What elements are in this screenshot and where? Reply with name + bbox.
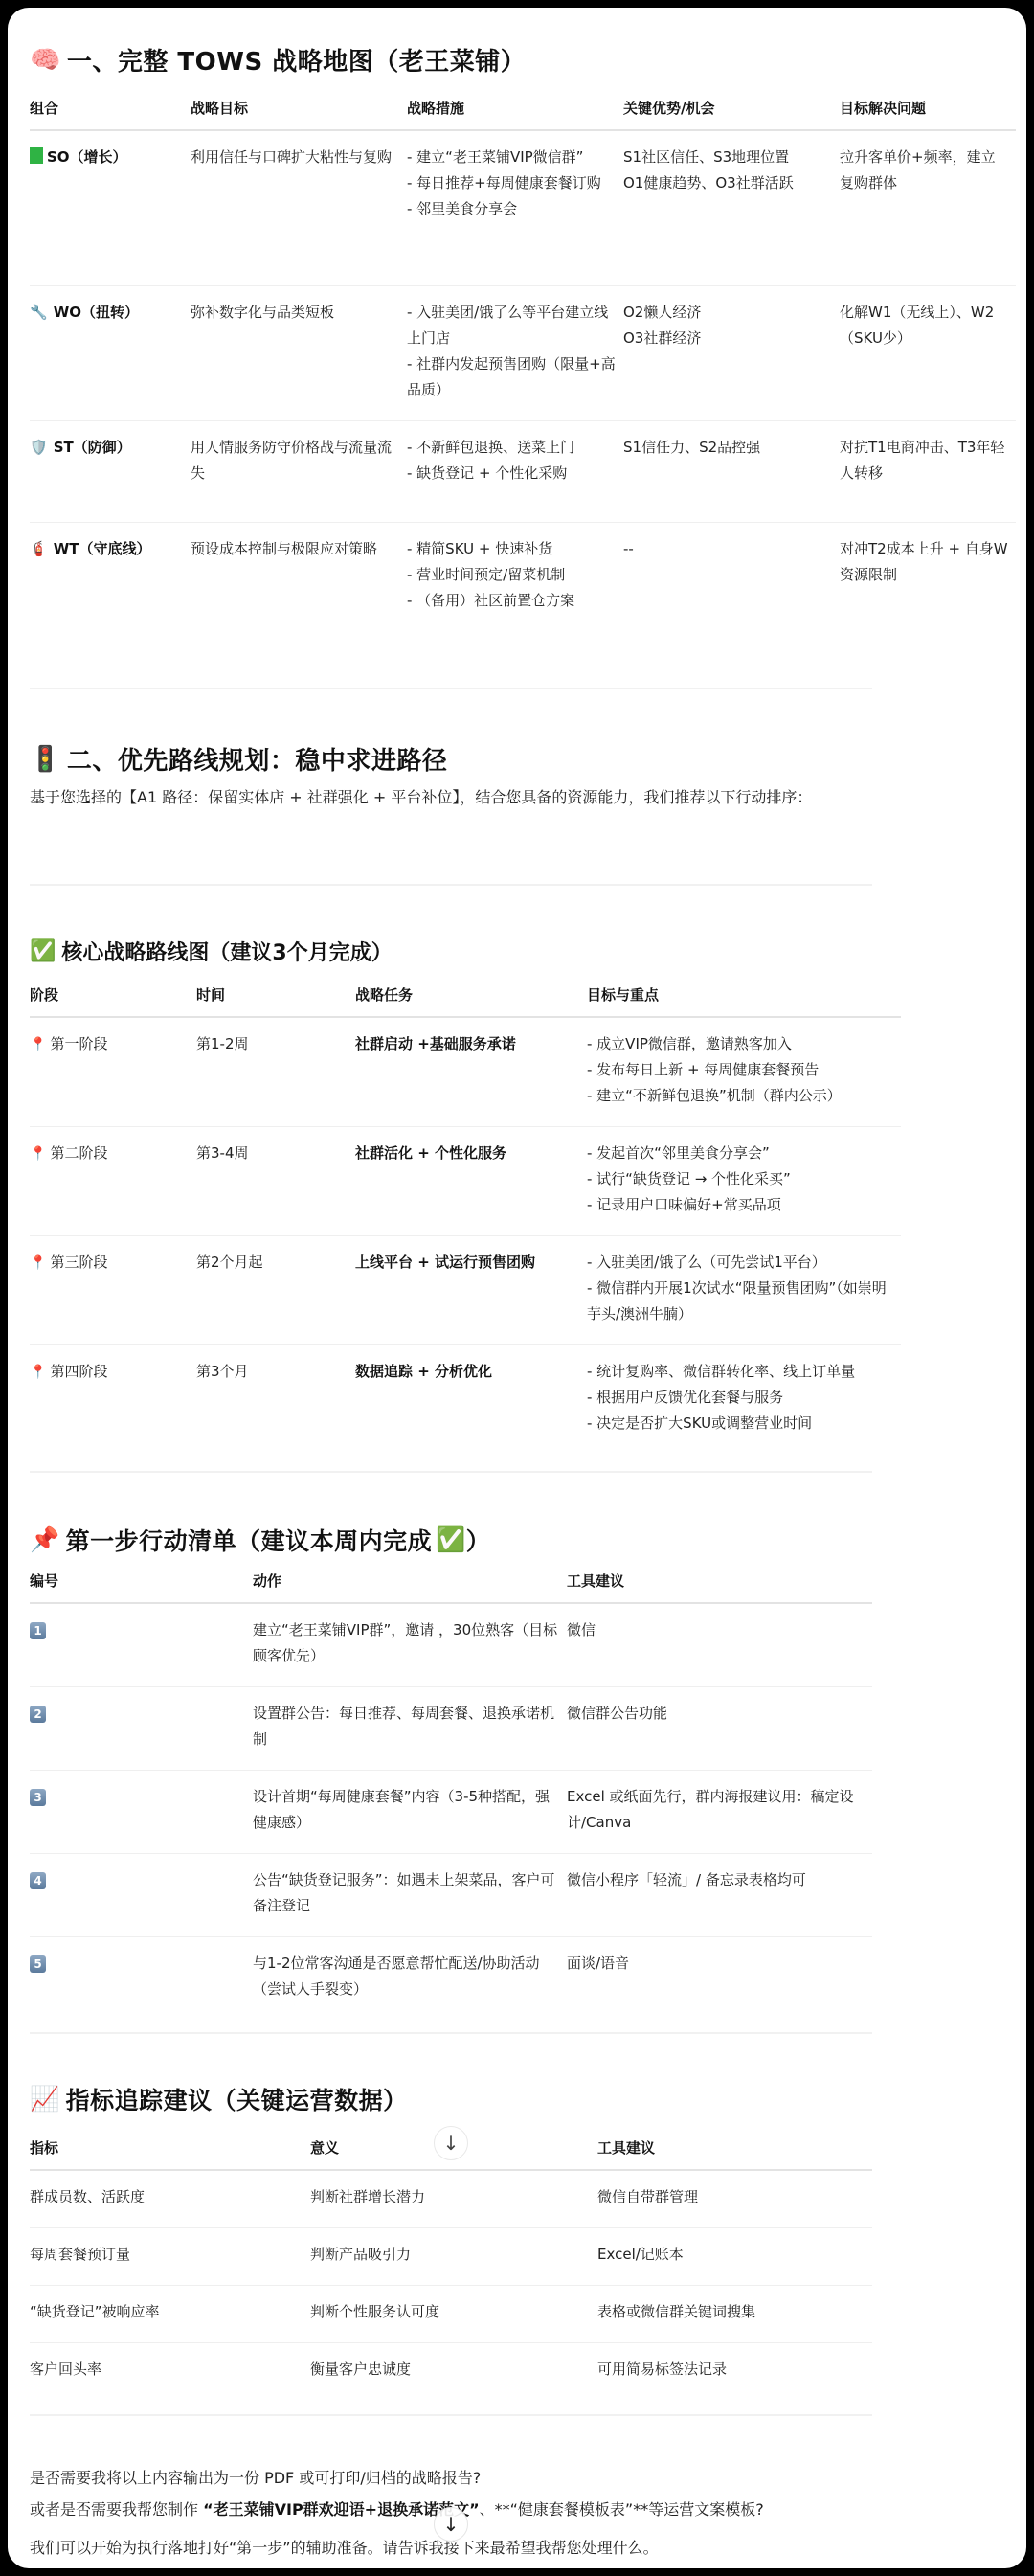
action-tool: Excel 或纸面先行，群内海报建议用：稿定设计/Canva [567,1771,872,1854]
tows-combo: 🛡️ST（防御） [30,420,191,522]
metric-meaning: 判断社群增长潜力 [310,2170,597,2228]
roadmap-task: 社群活化 + 个性化服务 [355,1127,587,1236]
keycap-2-icon: 2 [30,1706,46,1723]
arrow-down-icon: ↓ [443,2513,460,2536]
tows-combo: 🔧WO（扭转） [30,285,191,420]
roadmap-header-stage: 阶段 [30,983,196,1017]
fire-extinguisher-icon: 🧯 [30,536,48,562]
tows-strengths: S1信任力、S2品控强 [623,420,840,522]
roadmap-goals: - 统计复购率、微信群转化率、线上订单量 - 根据用户反馈优化套餐与服务 - 决… [587,1345,901,1455]
route-title: 🚦 二、优先路线规划：稳中求进路径 [30,741,447,777]
roadmap-goals: - 入驻美团/饿了么（可先尝试1平台） - 微信群内开展1次试水“限量预售团购”… [587,1236,901,1345]
actions-header-tool: 工具建议 [567,1569,872,1603]
roadmap-row: 📍第四阶段 第3个月 数据追踪 + 分析优化 - 统计复购率、微信群转化率、线上… [30,1345,1016,1455]
tows-strengths: S1社区信任、S3地理位置 O1健康趋势、O3社群活跃 [623,130,840,285]
tows-measures: - 建立“老王菜铺VIP微信群” - 每日推荐+每周健康套餐订购 - 邻里美食分… [407,130,623,285]
roadmap-stage: 📍第四阶段 [30,1345,196,1455]
roadmap-table: 阶段 时间 战略任务 目标与重点 📍第一阶段 第1-2周 社群启动 +基础服务承… [30,983,1016,1454]
tows-measures: - 入驻美团/饿了么等平台建立线上门店 - 社群内发起预售团购（限量+高品质） [407,285,623,420]
roadmap-time: 第2个月起 [196,1236,355,1345]
roadmap-stage: 📍第三阶段 [30,1236,196,1345]
roadmap-time: 第1-2周 [196,1017,355,1127]
metrics-table: 指标 意义 工具建议 群成员数、活跃度 判断社群增长潜力 微信自带群管理 每周套… [30,2135,872,2400]
roadmap-goals: - 成立VIP微信群，邀请熟客加入 - 发布每日上新 + 每周健康套餐预告 - … [587,1017,901,1127]
tows-header-measures: 战略措施 [407,96,623,130]
roadmap-time: 第3-4周 [196,1127,355,1236]
metric-tool: 可用简易标签法记录 [597,2343,872,2401]
tows-goal: 弥补数字化与品类短板 [191,285,407,420]
action-tool: 面谈/语音 [567,1937,872,2021]
metric-row: 客户回头率 衡量客户忠诚度 可用简易标签法记录 [30,2343,872,2401]
metric-tool: Excel/记账本 [597,2228,872,2286]
tows-combo: SO（增长） [30,130,191,285]
actions-title: 📌 第一步行动清单（建议本周内完成 ✅ ） [30,1523,490,1557]
green-square-icon [30,147,43,164]
route-intro: 基于您选择的【A1 路径：保留实体店 + 社群强化 + 平台补位】，结合您具备的… [30,781,872,813]
roadmap-row: 📍第一阶段 第1-2周 社群启动 +基础服务承诺 - 成立VIP微信群，邀请熟客… [30,1017,1016,1127]
roadmap-time: 第3个月 [196,1345,355,1455]
metric-name: 群成员数、活跃度 [30,2170,310,2228]
chat-message-card: 🧠 一、完整 TOWS 战略地图（老王菜铺） 组合 战略目标 战略措施 关键优势… [8,8,1026,2568]
roadmap-title: ✅ 核心战略路线图（建议3个月完成） [30,937,393,966]
tows-header-problem: 目标解决问题 [840,96,1016,130]
round-pushpin-icon: 📍 [30,1146,46,1162]
divider [30,884,872,886]
actions-header-action: 动作 [253,1569,567,1603]
metric-name: “缺货登记”被响应率 [30,2286,310,2343]
keycap-1-icon: 1 [30,1622,46,1639]
action-text: 设计首期“每周健康套餐”内容（3-5种搭配，强健康感） [253,1771,567,1854]
closing-line-1: 是否需要我将以上内容输出为一份 PDF 或可打印/归档的战略报告? [30,2462,987,2494]
action-row: 1 建立“老王菜铺VIP群”，邀请 ，30位熟客（目标顾客优先） 微信 [30,1603,872,1687]
roadmap-row: 📍第二阶段 第3-4周 社群活化 + 个性化服务 - 发起首次“邻里美食分享会”… [30,1127,1016,1236]
tows-row-st: 🛡️ST（防御） 用人情服务防守价格战与流量流失 - 不新鲜包退换、送菜上门 -… [30,420,1016,522]
tows-row-so: SO（增长） 利用信任与口碑扩大粘性与复购 - 建立“老王菜铺VIP微信群” -… [30,130,1016,285]
tows-table: 组合 战略目标 战略措施 关键优势/机会 目标解决问题 SO（增长） 利用信任与… [30,96,1016,631]
tows-strengths: O2懒人经济 O3社群经济 [623,285,840,420]
action-tool: 微信小程序「轻流」/ 备忘录表格均可 [567,1854,872,1937]
round-pushpin-icon: 📍 [30,1365,46,1380]
roadmap-stage: 📍第二阶段 [30,1127,196,1236]
metrics-header-metric: 指标 [30,2135,310,2170]
chart-increasing-icon: 📈 [30,2085,60,2113]
roadmap-header-goals: 目标与重点 [587,983,901,1017]
tows-combo: 🧯WT（守底线） [30,522,191,631]
scroll-to-bottom-button-ghost[interactable]: ↓ [434,2126,468,2160]
tows-problem: 对抗T1电商冲击、T3年轻人转移 [840,420,1016,522]
roadmap-header-time: 时间 [196,983,355,1017]
metric-row: 每周套餐预订量 判断产品吸引力 Excel/记账本 [30,2228,872,2286]
tows-goal: 利用信任与口碑扩大粘性与复购 [191,130,407,285]
tows-row-wt: 🧯WT（守底线） 预设成本控制与极限应对策略 - 精简SKU + 快速补货 - … [30,522,1016,631]
metric-meaning: 判断产品吸引力 [310,2228,597,2286]
tows-problem: 拉升客单价+频率，建立复购群体 [840,130,1016,285]
action-text: 公告“缺货登记服务”：如遇未上架菜品，客户可备注登记 [253,1854,567,1937]
tows-measures: - 精简SKU + 快速补货 - 营业时间预定/留菜机制 - （备用）社区前置仓… [407,522,623,631]
actions-table: 编号 动作 工具建议 1 建立“老王菜铺VIP群”，邀请 ，30位熟客（目标顾客… [30,1569,872,2020]
tows-row-wo: 🔧WO（扭转） 弥补数字化与品类短板 - 入驻美团/饿了么等平台建立线上门店 -… [30,285,1016,420]
action-text: 设置群公告：每日推荐、每周套餐、退换承诺机制 [253,1687,567,1771]
tows-header-combo: 组合 [30,96,191,130]
action-row: 3 设计首期“每周健康套餐”内容（3-5种搭配，强健康感） Excel 或纸面先… [30,1771,872,1854]
metrics-title: 📈 指标追踪建议（关键运营数据） [30,2082,408,2116]
roadmap-stage: 📍第一阶段 [30,1017,196,1127]
traffic-light-icon: 🚦 [30,745,61,774]
metric-tool: 微信自带群管理 [597,2170,872,2228]
metric-tool: 表格或微信群关键词搜集 [597,2286,872,2343]
check-box-icon: ✅ [436,1525,466,1554]
metric-name: 客户回头率 [30,2343,310,2401]
metric-meaning: 判断个性服务认可度 [310,2286,597,2343]
metric-meaning: 衡量客户忠诚度 [310,2343,597,2401]
tows-problem: 化解W1（无线上）、W2（SKU少） [840,285,1016,420]
metric-row: 群成员数、活跃度 判断社群增长潜力 微信自带群管理 [30,2170,872,2228]
divider [30,2032,872,2034]
action-row: 2 设置群公告：每日推荐、每周套餐、退换承诺机制 微信群公告功能 [30,1687,872,1771]
divider [30,2414,872,2416]
tows-goal: 用人情服务防守价格战与流量流失 [191,420,407,522]
tows-problem: 对冲T2成本上升 + 自身W资源限制 [840,522,1016,631]
roadmap-row: 📍第三阶段 第2个月起 上线平台 + 试运行预售团购 - 入驻美团/饿了么（可先… [30,1236,1016,1345]
keycap-5-icon: 5 [30,1955,46,1973]
round-pushpin-icon: 📍 [30,1255,46,1271]
wrench-icon: 🔧 [30,300,48,326]
action-tool: 微信群公告功能 [567,1687,872,1771]
check-box-icon: ✅ [30,939,56,963]
divider [30,688,872,689]
roadmap-task: 上线平台 + 试运行预售团购 [355,1236,587,1345]
metric-name: 每周套餐预订量 [30,2228,310,2286]
arrow-down-icon: ↓ [443,2132,460,2155]
roadmap-header-task: 战略任务 [355,983,587,1017]
closing-line-2: 或者是否需要我帮您制作 “老王菜铺VIP群欢迎语+退换承诺范文”、**“健康套餐… [30,2494,987,2525]
closing-line-3: 我们可以开始为执行落地打好“第一步”的辅助准备。请告诉我接下来最希望我帮您处理什… [30,2532,987,2564]
roadmap-task: 数据追踪 + 分析优化 [355,1345,587,1455]
action-tool: 微信 [567,1603,872,1687]
action-row: 4 公告“缺货登记服务”：如遇未上架菜品，客户可备注登记 微信小程序「轻流」/ … [30,1854,872,1937]
tows-measures: - 不新鲜包退换、送菜上门 - 缺货登记 + 个性化采购 [407,420,623,522]
keycap-4-icon: 4 [30,1872,46,1889]
action-text: 建立“老王菜铺VIP群”，邀请 ，30位熟客（目标顾客优先） [253,1603,567,1687]
tows-header-goal: 战略目标 [191,96,407,130]
action-text: 与1-2位常客沟通是否愿意帮忙配送/协助活动（尝试人手裂变） [253,1937,567,2021]
metrics-header-tool: 工具建议 [597,2135,872,2170]
tows-title: 🧠 一、完整 TOWS 战略地图（老王菜铺） [30,42,526,78]
divider [30,1471,872,1473]
brain-icon: 🧠 [30,46,61,75]
tows-header-strengths: 关键优势/机会 [623,96,840,130]
roadmap-task: 社群启动 +基础服务承诺 [355,1017,587,1127]
roadmap-goals: - 发起首次“邻里美食分享会” - 试行“缺货登记 → 个性化采买” - 记录用… [587,1127,901,1236]
pushpin-icon: 📌 [30,1525,60,1554]
scroll-to-bottom-button[interactable]: ↓ [434,2507,468,2542]
round-pushpin-icon: 📍 [30,1037,46,1052]
keycap-3-icon: 3 [30,1789,46,1806]
metric-row: “缺货登记”被响应率 判断个性服务认可度 表格或微信群关键词搜集 [30,2286,872,2343]
tows-goal: 预设成本控制与极限应对策略 [191,522,407,631]
action-row: 5 与1-2位常客沟通是否愿意帮忙配送/协助活动（尝试人手裂变） 面谈/语音 [30,1937,872,2021]
shield-icon: 🛡️ [30,435,48,461]
actions-header-num: 编号 [30,1569,253,1603]
tows-strengths: -- [623,522,840,631]
